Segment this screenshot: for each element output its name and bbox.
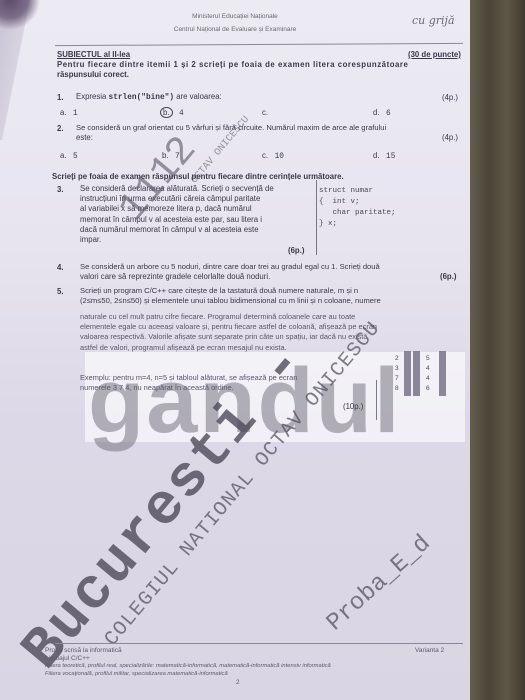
item-2-text-2: este: — [76, 133, 93, 143]
matrix-redaction-bar — [413, 351, 420, 396]
item-4-text: Se consideră un arbore cu 5 noduri, dint… — [80, 262, 380, 272]
item-4-number: 4. — [57, 263, 64, 272]
footer-profile-1: Filiera teoretică, profilul real, specia… — [45, 663, 331, 669]
text-line: memorat în câmpul v al acesteia este par… — [80, 215, 262, 225]
footer-language: Limbajul C/C++ — [45, 655, 90, 662]
matrix-cell: 5 — [426, 355, 430, 362]
footer-profile-2: Filiera vocațională, profilul militar, s… — [45, 671, 228, 677]
item-1-option-c: c. — [262, 108, 268, 117]
ministry-header: Ministerul Educației Naționale — [0, 13, 470, 20]
text-line: numerele 3 7 4, nu neapărat în această o… — [80, 383, 234, 393]
footer-divider — [55, 643, 463, 644]
text-line: impar. — [80, 235, 101, 245]
item-3-separator — [316, 180, 317, 255]
stamp-proba: Proba_E_d — [322, 530, 436, 637]
item-2-option-c: c. 10 — [262, 151, 284, 161]
text-line: valoarea respectivă. Valorile afișate su… — [80, 332, 367, 342]
text-line: naturale cu cel mult patru cifre fiecare… — [80, 312, 355, 322]
header-divider — [55, 43, 463, 46]
item-5-number: 5. — [57, 287, 64, 296]
finger-shadow — [0, 0, 40, 30]
item-3-code: struct numar { int v; char paritate; } x… — [319, 186, 396, 230]
text-line: Scrieți un program C/C++ care citește de… — [80, 286, 358, 296]
item-1-points: (4p.) — [442, 93, 458, 102]
page-number: 2 — [236, 679, 240, 686]
item-1-option-d: d. 6 — [373, 108, 391, 118]
text-line: dacă numărul memorat în câmpul v al aces… — [80, 225, 259, 235]
item-2-option-a: a. 5 — [60, 151, 78, 161]
item-2-points: (4p.) — [442, 133, 458, 142]
mc-instruction: Pentru fiecare dintre itemii 1 și 2 scri… — [57, 60, 408, 70]
item-1-option-b: b. 4 — [160, 108, 184, 118]
item-3-points: (6p.) — [288, 246, 304, 255]
handwritten-note: cu grijă — [412, 14, 455, 27]
matrix-redaction-bar — [404, 351, 411, 396]
item-2-number: 2. — [57, 124, 64, 133]
section-points: (30 de puncte) — [408, 50, 461, 60]
matrix-cell: 6 — [426, 385, 430, 392]
matrix-cell: 7 — [395, 375, 399, 382]
matrix-cell: 2 — [395, 355, 399, 362]
footer-subject: Probă scrisă la informatică — [45, 647, 122, 654]
item-4-text-2: valori care să reprezinte gradele celorl… — [80, 272, 270, 282]
table-surface — [465, 0, 525, 700]
item-4-points: (6p.) — [440, 272, 456, 281]
text-line: (2≤m≤50, 2≤n≤50) și elementele unui tabl… — [80, 296, 381, 306]
matrix-cell: 4 — [426, 375, 430, 382]
exam-sheet: Ministerul Educației Naționale Centrul N… — [0, 0, 470, 700]
item-5-points: (10p.) — [343, 402, 363, 411]
center-header: Centrul Național de Evaluare și Examinar… — [0, 26, 470, 33]
text-line: elementele egale cu aceeași valoare și, … — [80, 322, 377, 332]
item-1-option-a: a. 1 — [60, 108, 78, 118]
item-3-number: 3. — [57, 185, 64, 194]
matrix-cell: 4 — [426, 365, 430, 372]
matrix-cell: 8 — [395, 385, 399, 392]
item-1-number: 1. — [57, 93, 64, 102]
mc-instruction-2: răspunsului corect. — [57, 70, 129, 80]
matrix-redaction-bar — [439, 351, 446, 396]
matrix-cell: 3 — [395, 365, 399, 372]
section-title: SUBIECTUL al II-lea — [57, 50, 130, 60]
footer-variant: Varianta 2 — [415, 647, 444, 654]
item-1-text: Expresia strlen("bine") are valoarea: — [76, 92, 222, 103]
item-2-option-d: d. 15 — [373, 151, 395, 161]
item-5-separator — [376, 380, 377, 420]
